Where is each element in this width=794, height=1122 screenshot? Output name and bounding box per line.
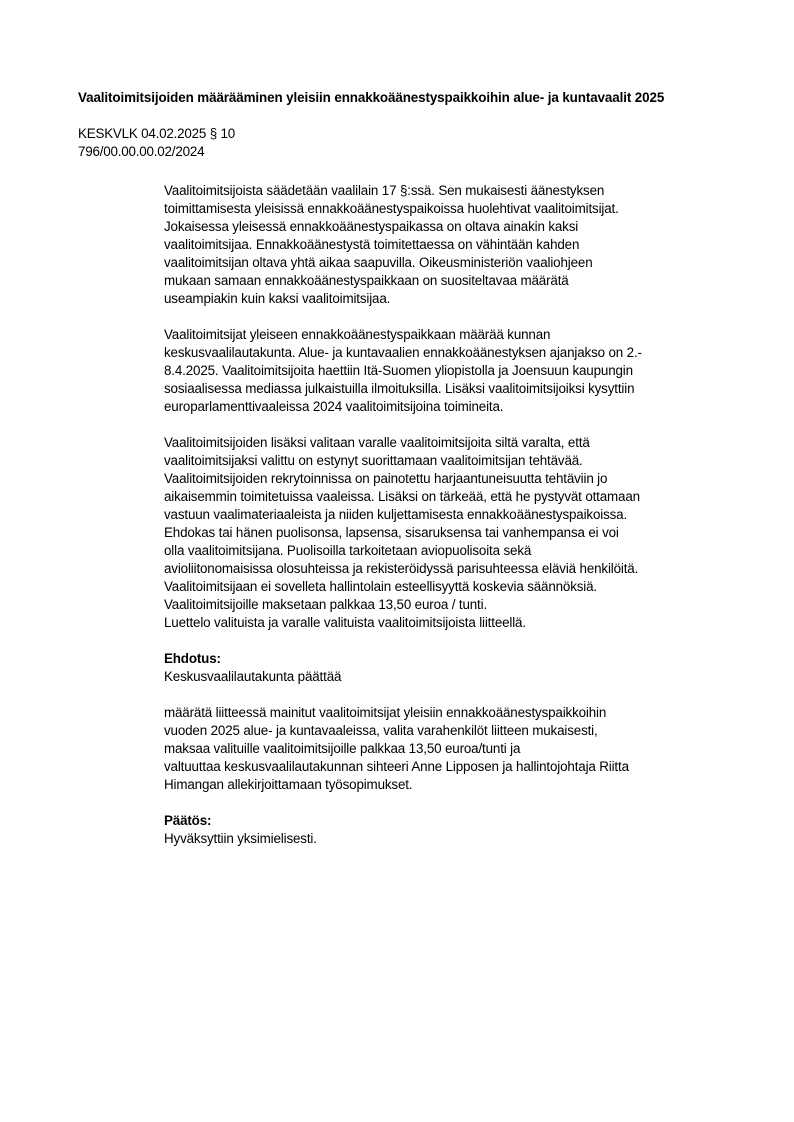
record-number: 796/00.00.00.02/2024 xyxy=(78,143,235,161)
document-meta: KESKVLK 04.02.2025 § 10 796/00.00.00.02/… xyxy=(78,125,235,160)
text-line: keskusvaalilautakunta. Alue- ja kuntavaa… xyxy=(164,344,744,362)
text-line: vaalitoimitsijan oltava yhtä aikaa saapu… xyxy=(164,254,744,272)
text-line: vuoden 2025 alue- ja kuntavaaleissa, val… xyxy=(164,722,744,740)
text-line: avioliitonomaisissa olosuhteissa ja reki… xyxy=(164,560,744,578)
text-line: aikaisemmin toimitetuissa vaaleissa. Lis… xyxy=(164,488,744,506)
text-line: vastuun vaalimateriaaleista ja niiden ku… xyxy=(164,506,744,524)
decision-section: Päätös: Hyväksyttiin yksimielisesti. xyxy=(164,812,744,848)
text-line: Vaalitoimitsijoille maksetaan palkkaa 13… xyxy=(164,596,744,614)
proposal-intro: Keskusvaalilautakunta päättää xyxy=(164,668,744,686)
text-line: olla vaalitoimitsijana. Puolisoilla tark… xyxy=(164,542,744,560)
paragraph-reserves: Vaalitoimitsijoiden lisäksi valitaan var… xyxy=(164,434,744,632)
text-line: Vaalitoimitsijoiden rekrytoinnissa on pa… xyxy=(164,470,744,488)
text-line: maksaa valituille vaalitoimitsijoille pa… xyxy=(164,740,744,758)
text-line: Vaalitoimitsijaan ei sovelleta hallintol… xyxy=(164,578,744,596)
paragraph-recruitment: Vaalitoimitsijat yleiseen ennakkoäänesty… xyxy=(164,326,744,416)
text-line: vaalitoimitsijaa. Ennakkoäänestystä toim… xyxy=(164,236,744,254)
text-line: 8.4.2025. Vaalitoimitsijoita haettiin It… xyxy=(164,362,744,380)
document-title: Vaalitoimitsijoiden määrääminen yleisiin… xyxy=(78,90,664,105)
paragraph-legal-basis: Vaalitoimitsijoista säädetään vaalilain … xyxy=(164,182,744,308)
text-line: vaalitoimitsijaksi valittu on estynyt su… xyxy=(164,452,744,470)
proposal-section: Ehdotus: Keskusvaalilautakunta päättää xyxy=(164,650,744,686)
proposal-body: määrätä liitteessä mainitut vaalitoimits… xyxy=(164,704,744,794)
text-line: valtuuttaa keskusvaalilautakunnan sihtee… xyxy=(164,758,744,776)
text-line: määrätä liitteessä mainitut vaalitoimits… xyxy=(164,704,744,722)
text-line: europarlamenttivaaleissa 2024 vaalitoimi… xyxy=(164,398,744,416)
decision-heading: Päätös: xyxy=(164,812,744,830)
text-line: Vaalitoimitsijoista säädetään vaalilain … xyxy=(164,182,744,200)
document-body: Vaalitoimitsijoista säädetään vaalilain … xyxy=(164,182,744,866)
decision-text: Hyväksyttiin yksimielisesti. xyxy=(164,830,744,848)
text-line: sosiaalisessa mediassa julkaistuilla ilm… xyxy=(164,380,744,398)
meeting-reference: KESKVLK 04.02.2025 § 10 xyxy=(78,125,235,143)
text-line: mukaan samaan ennakkoäänestyspaikkaan on… xyxy=(164,272,744,290)
text-line: toimittamisesta yleisissä ennakkoäänesty… xyxy=(164,200,744,218)
text-line: Vaalitoimitsijat yleiseen ennakkoäänesty… xyxy=(164,326,744,344)
text-line: useampiakin kuin kaksi vaalitoimitsijaa. xyxy=(164,290,744,308)
text-line: Ehdokas tai hänen puolisonsa, lapsensa, … xyxy=(164,524,744,542)
text-line: Luettelo valituista ja varalle valituist… xyxy=(164,614,744,632)
text-line: Himangan allekirjoittamaan työsopimukset… xyxy=(164,776,744,794)
text-line: Vaalitoimitsijoiden lisäksi valitaan var… xyxy=(164,434,744,452)
text-line: Jokaisessa yleisessä ennakkoäänestyspaik… xyxy=(164,218,744,236)
proposal-heading: Ehdotus: xyxy=(164,650,744,668)
